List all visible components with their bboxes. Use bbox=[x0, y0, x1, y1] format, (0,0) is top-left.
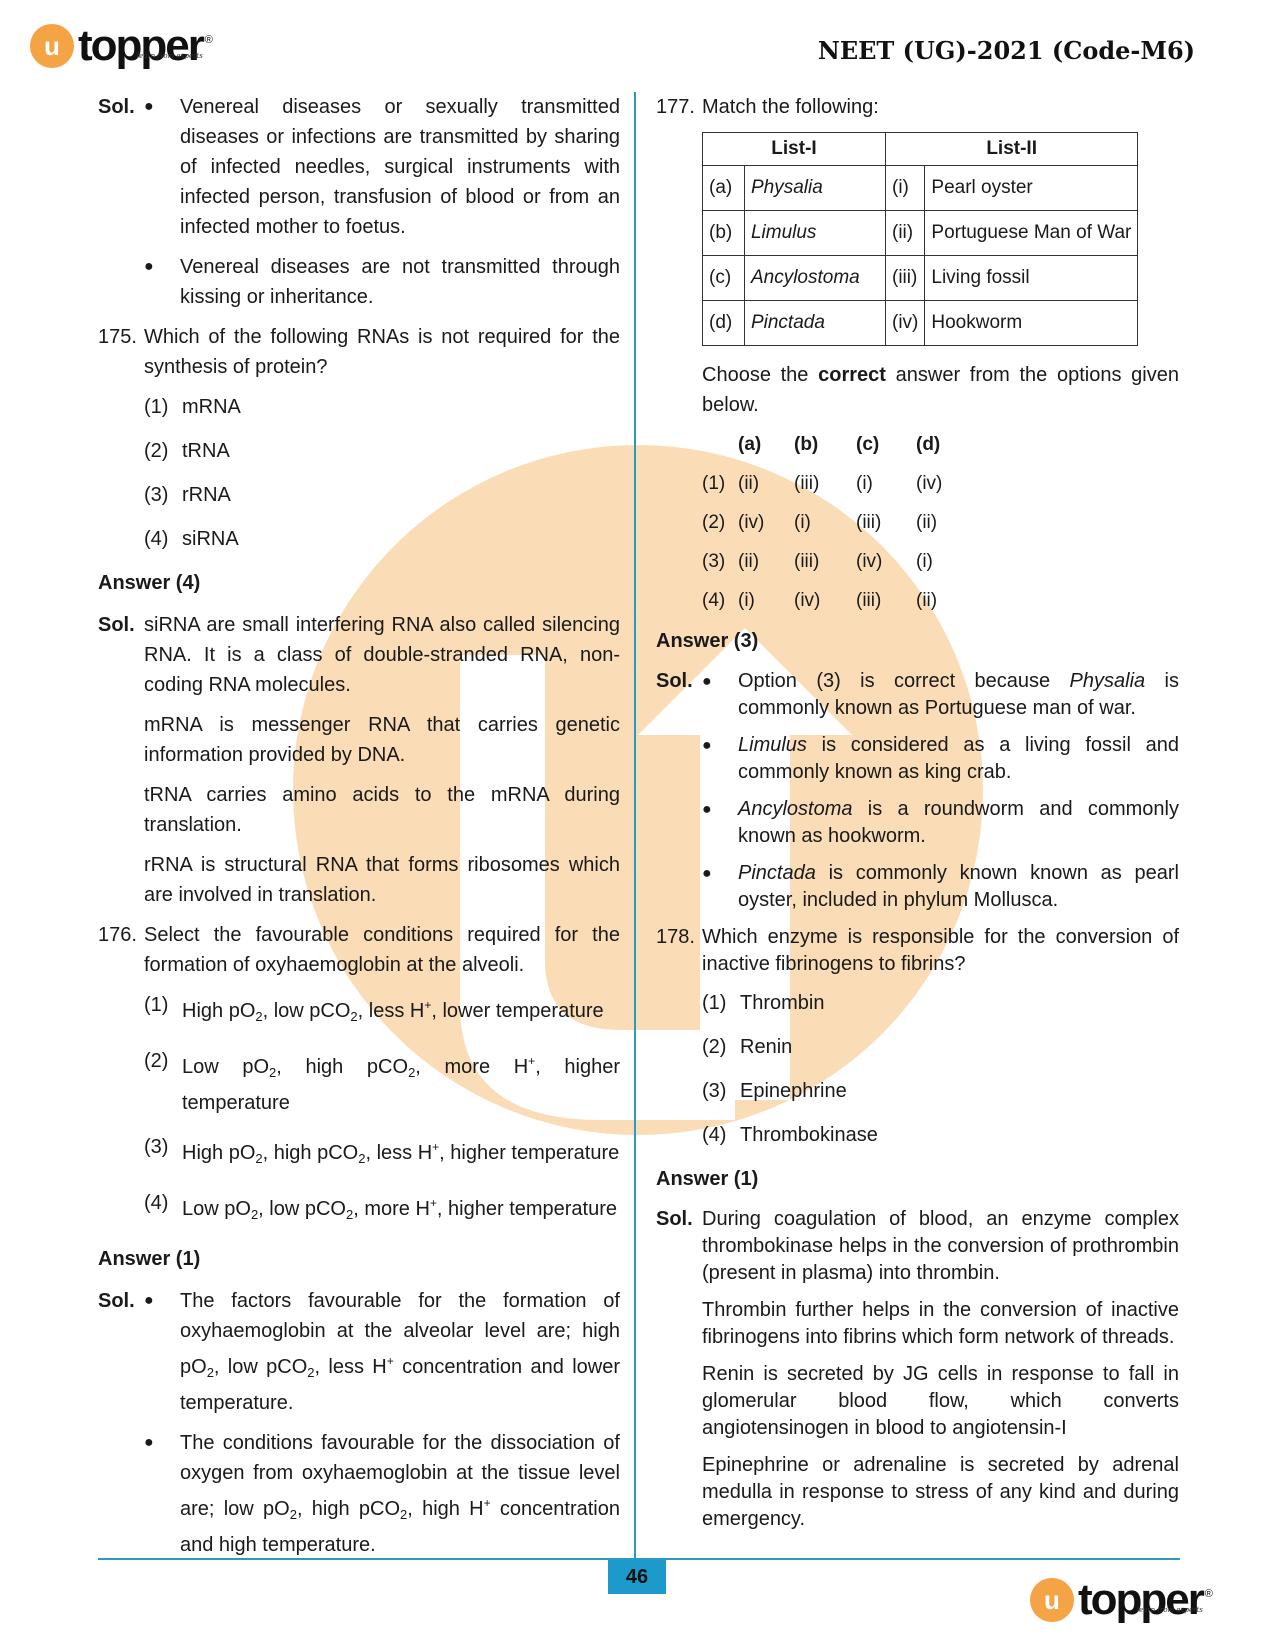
text: (iv) bbox=[916, 469, 976, 499]
text: Portuguese Man of War bbox=[925, 211, 1138, 256]
left-column: Sol. ● Venereal diseases or sexually tra… bbox=[98, 92, 620, 1570]
text: siRNA bbox=[182, 524, 239, 554]
option: (3)Epinephrine bbox=[702, 1076, 1179, 1106]
text: + bbox=[484, 1496, 491, 1510]
text: , low pCO bbox=[214, 1356, 307, 1378]
bullet-icon: ● bbox=[144, 1286, 180, 1418]
text: (iii) bbox=[794, 469, 856, 499]
text: Low pO bbox=[182, 1198, 251, 1220]
text: (1) bbox=[144, 392, 182, 422]
text: (i) bbox=[856, 469, 916, 499]
text: (ii) bbox=[886, 211, 925, 256]
text: 2 bbox=[307, 1365, 314, 1380]
text: (iv) bbox=[738, 508, 794, 538]
text: (iii) bbox=[856, 586, 916, 616]
text: (2) bbox=[144, 1046, 182, 1118]
text: , higher temperature bbox=[439, 1142, 619, 1164]
text: (3) bbox=[144, 480, 182, 510]
page-number: 46 bbox=[608, 1560, 666, 1594]
text: rRNA bbox=[182, 480, 231, 510]
text: (ii) bbox=[738, 469, 794, 499]
solution-176-bullet: ● The conditions favourable for the diss… bbox=[98, 1428, 620, 1560]
brand-mark-icon: u bbox=[30, 24, 74, 68]
answer-175: Answer (4) bbox=[98, 568, 620, 598]
option: (1)mRNA bbox=[144, 392, 620, 422]
text: correct bbox=[818, 364, 886, 386]
text: Physalia bbox=[1070, 670, 1146, 692]
footer-topper-logo: u topper ® learn from experts bbox=[1030, 1578, 1203, 1622]
bullet-icon: ● bbox=[144, 92, 180, 242]
right-column: 177. Match the following: List-I List-II… bbox=[656, 92, 1179, 1543]
text: Pearl oyster bbox=[925, 166, 1138, 211]
text: (b) bbox=[703, 211, 745, 256]
text: Low pO bbox=[182, 1056, 269, 1078]
question-175: 175. Which of the following RNAs is not … bbox=[98, 322, 620, 382]
text: (1) bbox=[702, 988, 740, 1018]
column-divider bbox=[634, 92, 636, 1562]
text: Limulus bbox=[751, 222, 816, 243]
text: (2) bbox=[144, 436, 182, 466]
option: (4)siRNA bbox=[144, 524, 620, 554]
text: (d) bbox=[916, 430, 976, 460]
text: Pinctada bbox=[751, 312, 825, 333]
text: , higher temperature bbox=[437, 1198, 617, 1220]
option: (3)High pO2, high pCO2, less H+, higher … bbox=[144, 1132, 620, 1174]
page-header: u topper ® learn from experts NEET (UG)-… bbox=[0, 0, 1275, 90]
text: Ancylostoma bbox=[738, 798, 853, 820]
text: Physalia bbox=[751, 177, 823, 198]
solution-177-bullet: Sol. ● Option (3) is correct because Phy… bbox=[656, 668, 1179, 722]
text: (i) bbox=[794, 508, 856, 538]
table-row: (b)Limulus(ii)Portuguese Man of War bbox=[703, 211, 1138, 256]
text: Sol. bbox=[98, 1286, 144, 1418]
bullet-icon: ● bbox=[702, 796, 738, 850]
solution-paragraph: Epinephrine or adrenaline is secreted by… bbox=[702, 1452, 1179, 1533]
text: Hookworm bbox=[925, 301, 1138, 346]
prev-solution-bullet: ● Venereal diseases are not transmitted … bbox=[98, 252, 620, 312]
answer-178: Answer (1) bbox=[656, 1164, 1179, 1194]
text: , more H bbox=[415, 1056, 528, 1078]
solution-paragraph: Thrombin further helps in the conversion… bbox=[702, 1297, 1179, 1351]
answer-176: Answer (1) bbox=[98, 1244, 620, 1274]
option: (4)Thrombokinase bbox=[702, 1120, 1179, 1150]
text: Option (3) is correct because bbox=[738, 670, 1070, 692]
match-table: List-I List-II (a)Physalia(i)Pearl oyste… bbox=[702, 132, 1138, 346]
brand-mark-icon: u bbox=[1030, 1578, 1074, 1622]
text: (3) bbox=[702, 547, 738, 577]
text: , high pCO bbox=[297, 1498, 400, 1520]
solution-paragraph: Renin is secreted by JG cells in respons… bbox=[702, 1361, 1179, 1442]
text: Venereal diseases are not transmitted th… bbox=[180, 252, 620, 312]
question-176: 176. Select the favourable conditions re… bbox=[98, 920, 620, 980]
solution-paragraph: tRNA carries amino acids to the mRNA dur… bbox=[144, 780, 620, 840]
text: (ii) bbox=[916, 508, 976, 538]
text: (d) bbox=[703, 301, 745, 346]
text: (i) bbox=[738, 586, 794, 616]
text: (iv) bbox=[794, 586, 856, 616]
text: Which of the following RNAs is not requi… bbox=[144, 322, 620, 382]
solution-177-bullet: ● Ancylostoma is a roundworm and commonl… bbox=[656, 796, 1179, 850]
text: 177. bbox=[656, 92, 702, 122]
solution-177-bullet: ● Pinctada is commonly known known as pe… bbox=[656, 860, 1179, 914]
text: + bbox=[387, 1354, 394, 1368]
text: (iv) bbox=[886, 301, 925, 346]
text: siRNA are small interfering RNA also cal… bbox=[144, 610, 620, 700]
text: (ii) bbox=[916, 586, 976, 616]
bullet-icon: ● bbox=[702, 860, 738, 914]
text: (4) bbox=[144, 1188, 182, 1230]
text: 2 bbox=[255, 1151, 262, 1166]
text: Epinephrine bbox=[740, 1076, 847, 1106]
table-row: (d)Pinctada(iv)Hookworm bbox=[703, 301, 1138, 346]
solution-paragraph: mRNA is messenger RNA that carries genet… bbox=[144, 710, 620, 770]
text: Venereal diseases or sexually transmitte… bbox=[180, 92, 620, 242]
text: (iii) bbox=[794, 547, 856, 577]
text: , lower temperature bbox=[431, 1000, 603, 1022]
text: Select the favourable conditions require… bbox=[144, 920, 620, 980]
bullet-icon: ● bbox=[144, 252, 180, 312]
text: Ancylostoma bbox=[751, 267, 860, 288]
solution-177-bullet: ● Limulus is considered as a living foss… bbox=[656, 732, 1179, 786]
options-grid: (a)(b)(c)(d) (1)(ii)(iii)(i)(iv) (2)(iv)… bbox=[702, 430, 1179, 616]
solution-176-bullet: Sol. ● The factors favourable for the fo… bbox=[98, 1286, 620, 1418]
text: , less H bbox=[358, 1000, 425, 1022]
text: (iii) bbox=[886, 256, 925, 301]
text: (4) bbox=[702, 1120, 740, 1150]
text: Choose the bbox=[702, 364, 818, 386]
topper-logo: u topper ® learn from experts bbox=[30, 24, 203, 68]
text: Sol. bbox=[656, 668, 702, 722]
solution-paragraph: rRNA is structural RNA that forms riboso… bbox=[144, 850, 620, 910]
text: (iii) bbox=[856, 508, 916, 538]
question-177: 177. Match the following: bbox=[656, 92, 1179, 122]
text: (2) bbox=[702, 1032, 740, 1062]
solution-178: Sol. During coagulation of blood, an enz… bbox=[656, 1206, 1179, 1287]
text: Thrombin bbox=[740, 988, 824, 1018]
text: 176. bbox=[98, 920, 144, 980]
answer-177: Answer (3) bbox=[656, 626, 1179, 656]
text: 178. bbox=[656, 924, 702, 978]
text: Thrombokinase bbox=[740, 1120, 878, 1150]
text: Sol. bbox=[656, 1206, 702, 1287]
text: 2 bbox=[290, 1507, 297, 1522]
text: (2) bbox=[702, 508, 738, 538]
text: (a) bbox=[738, 430, 794, 460]
text: 175. bbox=[98, 322, 144, 382]
text: (1) bbox=[702, 469, 738, 499]
text: Pinctada bbox=[738, 862, 816, 884]
text: (i) bbox=[916, 547, 976, 577]
text: , high H bbox=[407, 1498, 483, 1520]
table-header: List-II bbox=[886, 133, 1138, 166]
text: (4) bbox=[144, 524, 182, 554]
text: , more H bbox=[353, 1198, 430, 1220]
text: , high pCO bbox=[263, 1142, 359, 1164]
text: Living fossil bbox=[925, 256, 1138, 301]
text: mRNA bbox=[182, 392, 241, 422]
question-178: 178. Which enzyme is responsible for the… bbox=[656, 924, 1179, 978]
table-header: List-I bbox=[703, 133, 886, 166]
text: Limulus bbox=[738, 734, 807, 756]
text: Sol. bbox=[98, 610, 144, 700]
text: , low pCO bbox=[258, 1198, 346, 1220]
text: (3) bbox=[144, 1132, 182, 1174]
text: (iv) bbox=[856, 547, 916, 577]
option: (2)Low pO2, high pCO2, more H+, higher t… bbox=[144, 1046, 620, 1118]
bullet-icon: ● bbox=[144, 1428, 180, 1560]
bullet-icon: ● bbox=[702, 732, 738, 786]
text: Renin bbox=[740, 1032, 792, 1062]
option: (1)Thrombin bbox=[702, 988, 1179, 1018]
text: (1) bbox=[144, 990, 182, 1032]
option: (1)High pO2, low pCO2, less H+, lower te… bbox=[144, 990, 620, 1032]
text: Match the following: bbox=[702, 92, 1179, 122]
brand-tagline: learn from experts bbox=[1137, 1588, 1203, 1632]
option: (2)tRNA bbox=[144, 436, 620, 466]
choose-instruction: Choose the correct answer from the optio… bbox=[702, 360, 1179, 420]
registered-mark: ® bbox=[1205, 1572, 1213, 1616]
text: (c) bbox=[703, 256, 745, 301]
text: High pO bbox=[182, 1000, 255, 1022]
text: (a) bbox=[703, 166, 745, 211]
solution-175: Sol. siRNA are small interfering RNA als… bbox=[98, 610, 620, 700]
text: tRNA bbox=[182, 436, 230, 466]
table-row: (c)Ancylostoma(iii)Living fossil bbox=[703, 256, 1138, 301]
text: 2 bbox=[255, 1009, 262, 1024]
text: , low pCO bbox=[263, 1000, 351, 1022]
text: (4) bbox=[702, 586, 738, 616]
option: (2)Renin bbox=[702, 1032, 1179, 1062]
text: High pO bbox=[182, 1142, 255, 1164]
text: During coagulation of blood, an enzyme c… bbox=[702, 1206, 1179, 1287]
text: 2 bbox=[207, 1365, 214, 1380]
prev-solution-bullet: Sol. ● Venereal diseases or sexually tra… bbox=[98, 92, 620, 242]
option: (4)Low pO2, low pCO2, more H+, higher te… bbox=[144, 1188, 620, 1230]
text: (ii) bbox=[738, 547, 794, 577]
table-row: (a)Physalia(i)Pearl oyster bbox=[703, 166, 1138, 211]
brand-tagline: learn from experts bbox=[137, 34, 203, 78]
text: , less H bbox=[315, 1356, 387, 1378]
text: + bbox=[430, 1196, 437, 1210]
option: (3)rRNA bbox=[144, 480, 620, 510]
text: , less H bbox=[365, 1142, 432, 1164]
text: , high pCO bbox=[276, 1056, 408, 1078]
text: Which enzyme is responsible for the conv… bbox=[702, 924, 1179, 978]
text: (i) bbox=[886, 166, 925, 211]
bullet-icon: ● bbox=[702, 668, 738, 722]
text: (b) bbox=[794, 430, 856, 460]
text: (c) bbox=[856, 430, 916, 460]
registered-mark: ® bbox=[205, 18, 213, 62]
text: (3) bbox=[702, 1076, 740, 1106]
sol-label: Sol. bbox=[98, 92, 144, 242]
text: 2 bbox=[350, 1009, 357, 1024]
exam-title: NEET (UG)-2021 (Code-M6) bbox=[818, 36, 1195, 65]
